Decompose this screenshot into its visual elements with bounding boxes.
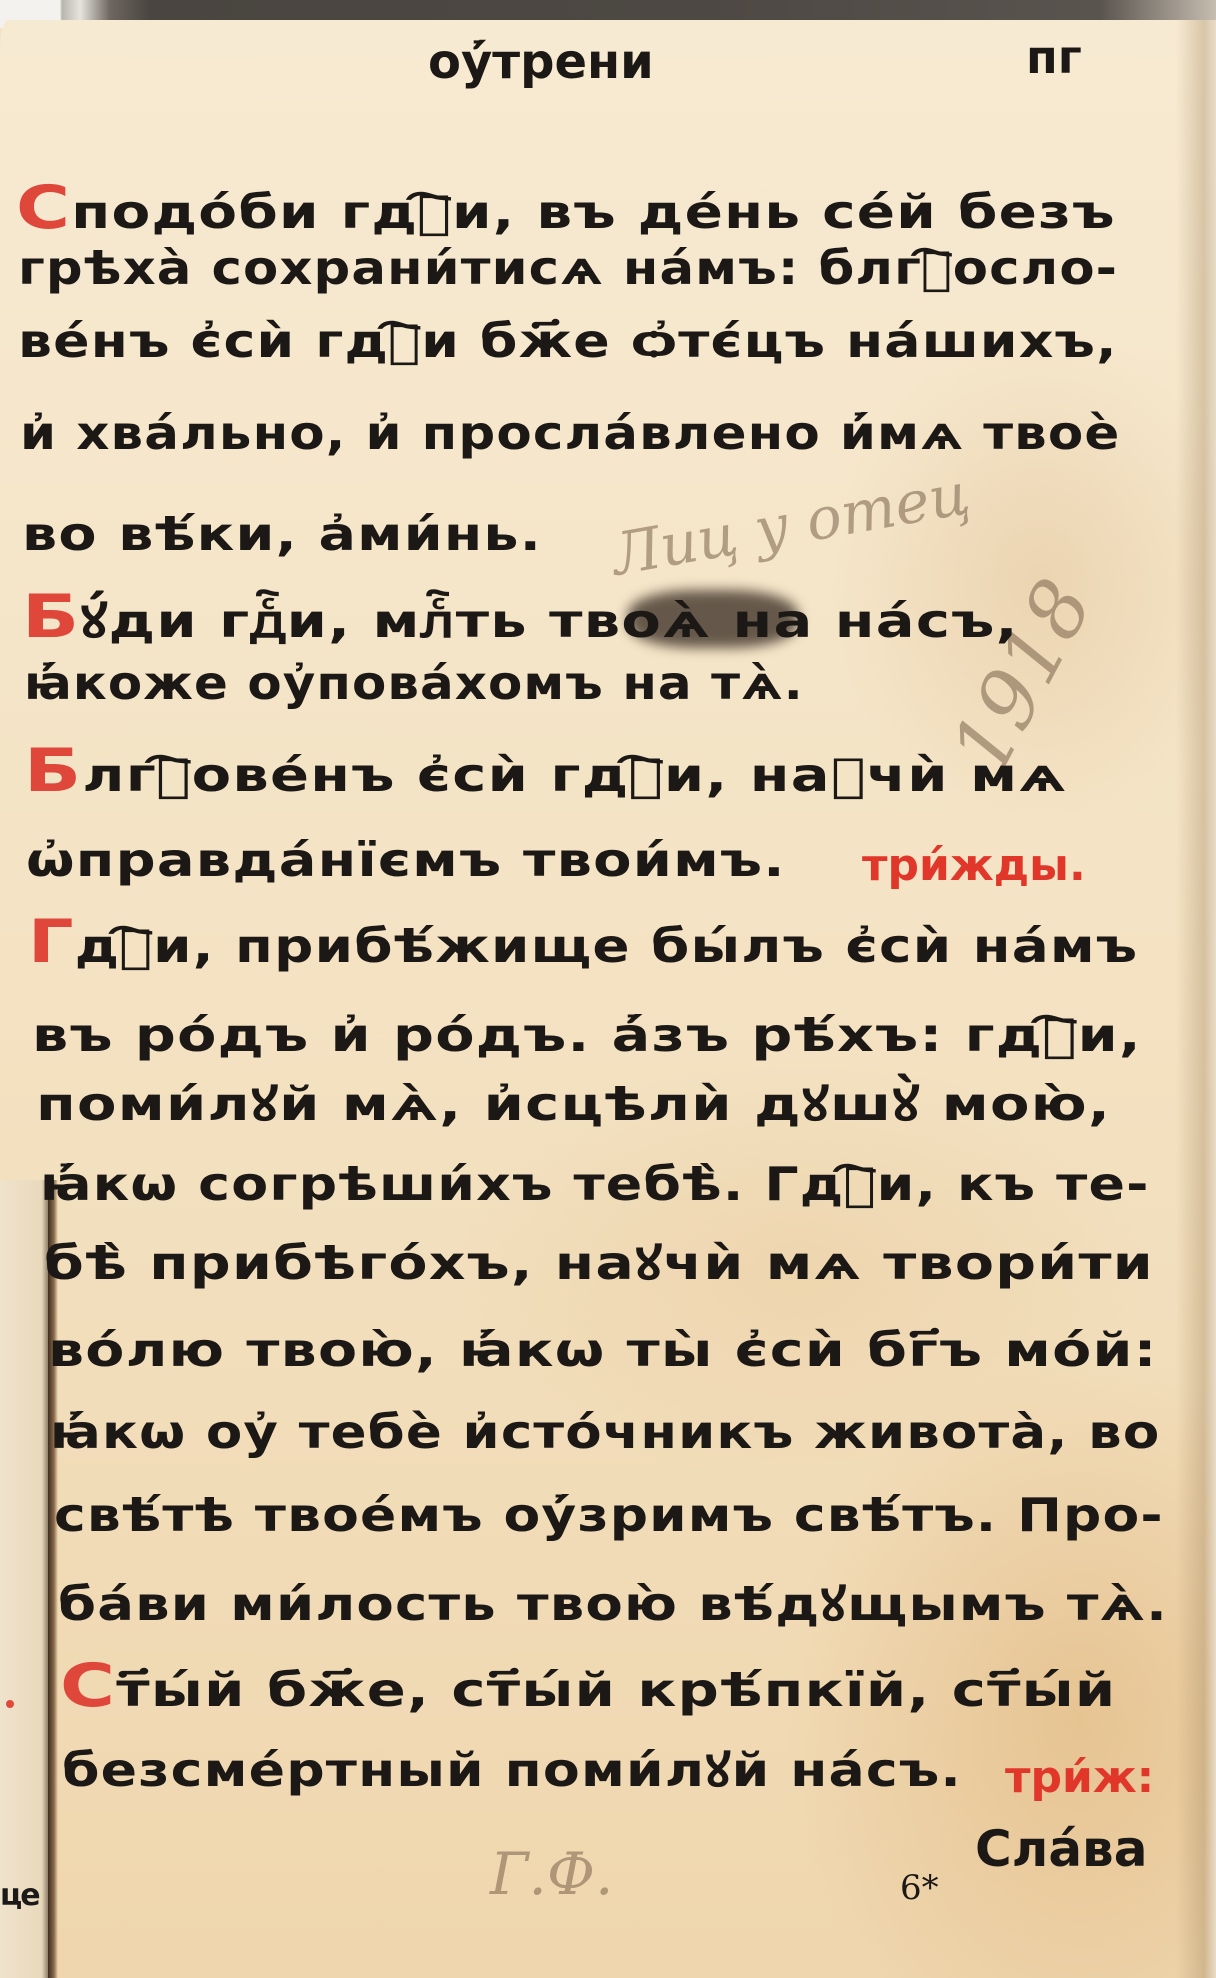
text-line: ѡ҆правда́нїємъ твои́мъ. xyxy=(26,837,786,883)
line-text: т҃ы́й бж҃е, ст҃ы́й крѣ́пкїй, ст҃ы́й xyxy=(116,1663,1116,1717)
line-text: лгⷭ҇ове́нъ є҆сѝ гдⷭ҇и, наꙋчѝ мѧ xyxy=(82,748,1067,802)
text-line: безсме́ртный поми́лꙋй на́съ. xyxy=(62,1747,962,1793)
text-line: бѣ̀ прибѣго́хъ, наꙋчѝ мѧ твори́ти xyxy=(44,1240,1154,1286)
red-initial: С xyxy=(16,173,71,243)
page-gutter xyxy=(48,1180,58,1978)
line-text: бѣ̀ прибѣго́хъ, наꙋчѝ мѧ твори́ти xyxy=(44,1236,1154,1290)
pencil-note: Г.Ф. xyxy=(490,1840,613,1908)
line-text: дⷭ҇и, прибѣ́жище бы́лъ є҆сѝ на́мъ xyxy=(75,919,1139,973)
text-line: свѣ́тѣ твое́мъ оу҆́зримъ свѣ́тъ. Про- xyxy=(54,1492,1164,1538)
line-text: ве́нъ є҆сѝ гдⷭ҇и бж҃е ѻ҆тє́цъ на́шихъ, xyxy=(18,314,1118,368)
text-line: ꙗ҆́кѡ оу҆ тебѐ и҆сто́чникъ живота̀, во xyxy=(50,1409,1160,1455)
line-text: во́лю твою̀, ꙗ҆́кѡ ты̀ є҆сѝ бг҃ъ мо́й: xyxy=(48,1323,1158,1377)
text-line: поми́лꙋй мѧ̀, и҆сцѣлѝ дꙋшꙋ̀ мою̀, xyxy=(36,1081,1111,1127)
rubric-thrice: три́жды. xyxy=(862,840,1086,891)
text-line: и҆ хва́льно, и҆ просла́влено и҆́мѧ твоѐ xyxy=(20,410,1120,456)
text-line: во вѣ́ки, а҆ми́нь. xyxy=(22,511,542,557)
red-initial: Б xyxy=(24,736,82,806)
line-text: во вѣ́ки, а҆ми́нь. xyxy=(22,507,542,561)
red-mark xyxy=(6,1700,14,1708)
line-text: грѣха̀ сохрани́тисѧ на́мъ: блгⷭ҇осло- xyxy=(18,241,1118,295)
facing-page-fragment xyxy=(0,1180,52,1978)
text-line: ꙗ҆́кѡ согрѣши́хъ тебѣ̀. Гдⷭ҇и, къ те- xyxy=(40,1161,1150,1207)
red-initial: С xyxy=(60,1651,116,1721)
red-initial: Б xyxy=(22,582,80,652)
text-line: Гдⷭ҇и, прибѣ́жище бы́лъ є҆сѝ на́мъ xyxy=(28,912,1138,972)
text-line: ꙗ҆́коже оу҆пова́хомъ на тѧ̀. xyxy=(24,660,804,706)
red-initial: Г xyxy=(28,907,75,977)
line-text: ба́ви ми́лость твою̀ вѣ́дꙋщымъ тѧ̀. xyxy=(58,1577,1168,1631)
text-line: ба́ви ми́лость твою̀ вѣ́дꙋщымъ тѧ̀. xyxy=(58,1581,1168,1627)
text-line: въ ро́дъ и҆ ро́дъ. а҆́зъ рѣ́хъ: гдⷭ҇и, xyxy=(32,1012,1142,1058)
text-line: Ст҃ы́й бж҃е, ст҃ы́й крѣ́пкїй, ст҃ы́й xyxy=(60,1656,1116,1716)
line-text: ꙗ҆́кѡ оу҆ тебѐ и҆сто́чникъ живота̀, во xyxy=(50,1405,1160,1459)
line-text: поми́лꙋй мѧ̀, и҆сцѣлѝ дꙋшꙋ̀ мою̀, xyxy=(36,1077,1111,1131)
line-text: свѣ́тѣ твое́мъ оу҆́зримъ свѣ́тъ. Про- xyxy=(54,1488,1164,1542)
line-text: и҆ хва́льно, и҆ просла́влено и҆́мѧ твоѐ xyxy=(20,406,1120,460)
line-text: ꙋ́ди гдⷭ҇и, млⷭ҇ть твоѧ̀ на на́съ, xyxy=(80,594,1018,648)
text-line: Бꙋ́ди гдⷭ҇и, млⷭ҇ть твоѧ̀ на на́съ, xyxy=(22,587,1019,647)
line-text: безсме́ртный поми́лꙋй на́съ. xyxy=(62,1743,962,1797)
line-text: ꙗ҆́кѡ согрѣши́хъ тебѣ̀. Гдⷭ҇и, къ те- xyxy=(40,1157,1150,1211)
page-number: пг xyxy=(1026,30,1082,84)
signature-mark: 6* xyxy=(900,1868,939,1908)
rubric-thrice: три́ж: xyxy=(1005,1752,1154,1803)
text-line: Блгⷭ҇ове́нъ є҆сѝ гдⷭ҇и, наꙋчѝ мѧ xyxy=(24,741,1067,801)
running-head: оу҆́трени xyxy=(428,34,654,90)
facing-page-text: це xyxy=(0,1878,39,1913)
text-line: Сподо́би гдⷭ҇и, въ де́нь се́й безъ xyxy=(16,178,1116,238)
catchword: Сла́ва xyxy=(975,1820,1147,1878)
page-edge-shadow xyxy=(1176,20,1216,1978)
text-line: грѣха̀ сохрани́тисѧ на́мъ: блгⷭ҇осло- xyxy=(18,245,1118,291)
line-text: подо́би гдⷭ҇и, въ де́нь се́й безъ xyxy=(71,185,1116,239)
text-line: ве́нъ є҆сѝ гдⷭ҇и бж҃е ѻ҆тє́цъ на́шихъ, xyxy=(18,318,1118,364)
line-text: ѡ҆правда́нїємъ твои́мъ. xyxy=(26,833,786,887)
text-line: во́лю твою̀, ꙗ҆́кѡ ты̀ є҆сѝ бг҃ъ мо́й: xyxy=(48,1327,1158,1373)
line-text: въ ро́дъ и҆ ро́дъ. а҆́зъ рѣ́хъ: гдⷭ҇и, xyxy=(32,1008,1142,1062)
line-text: ꙗ҆́коже оу҆пова́хомъ на тѧ̀. xyxy=(24,656,804,710)
